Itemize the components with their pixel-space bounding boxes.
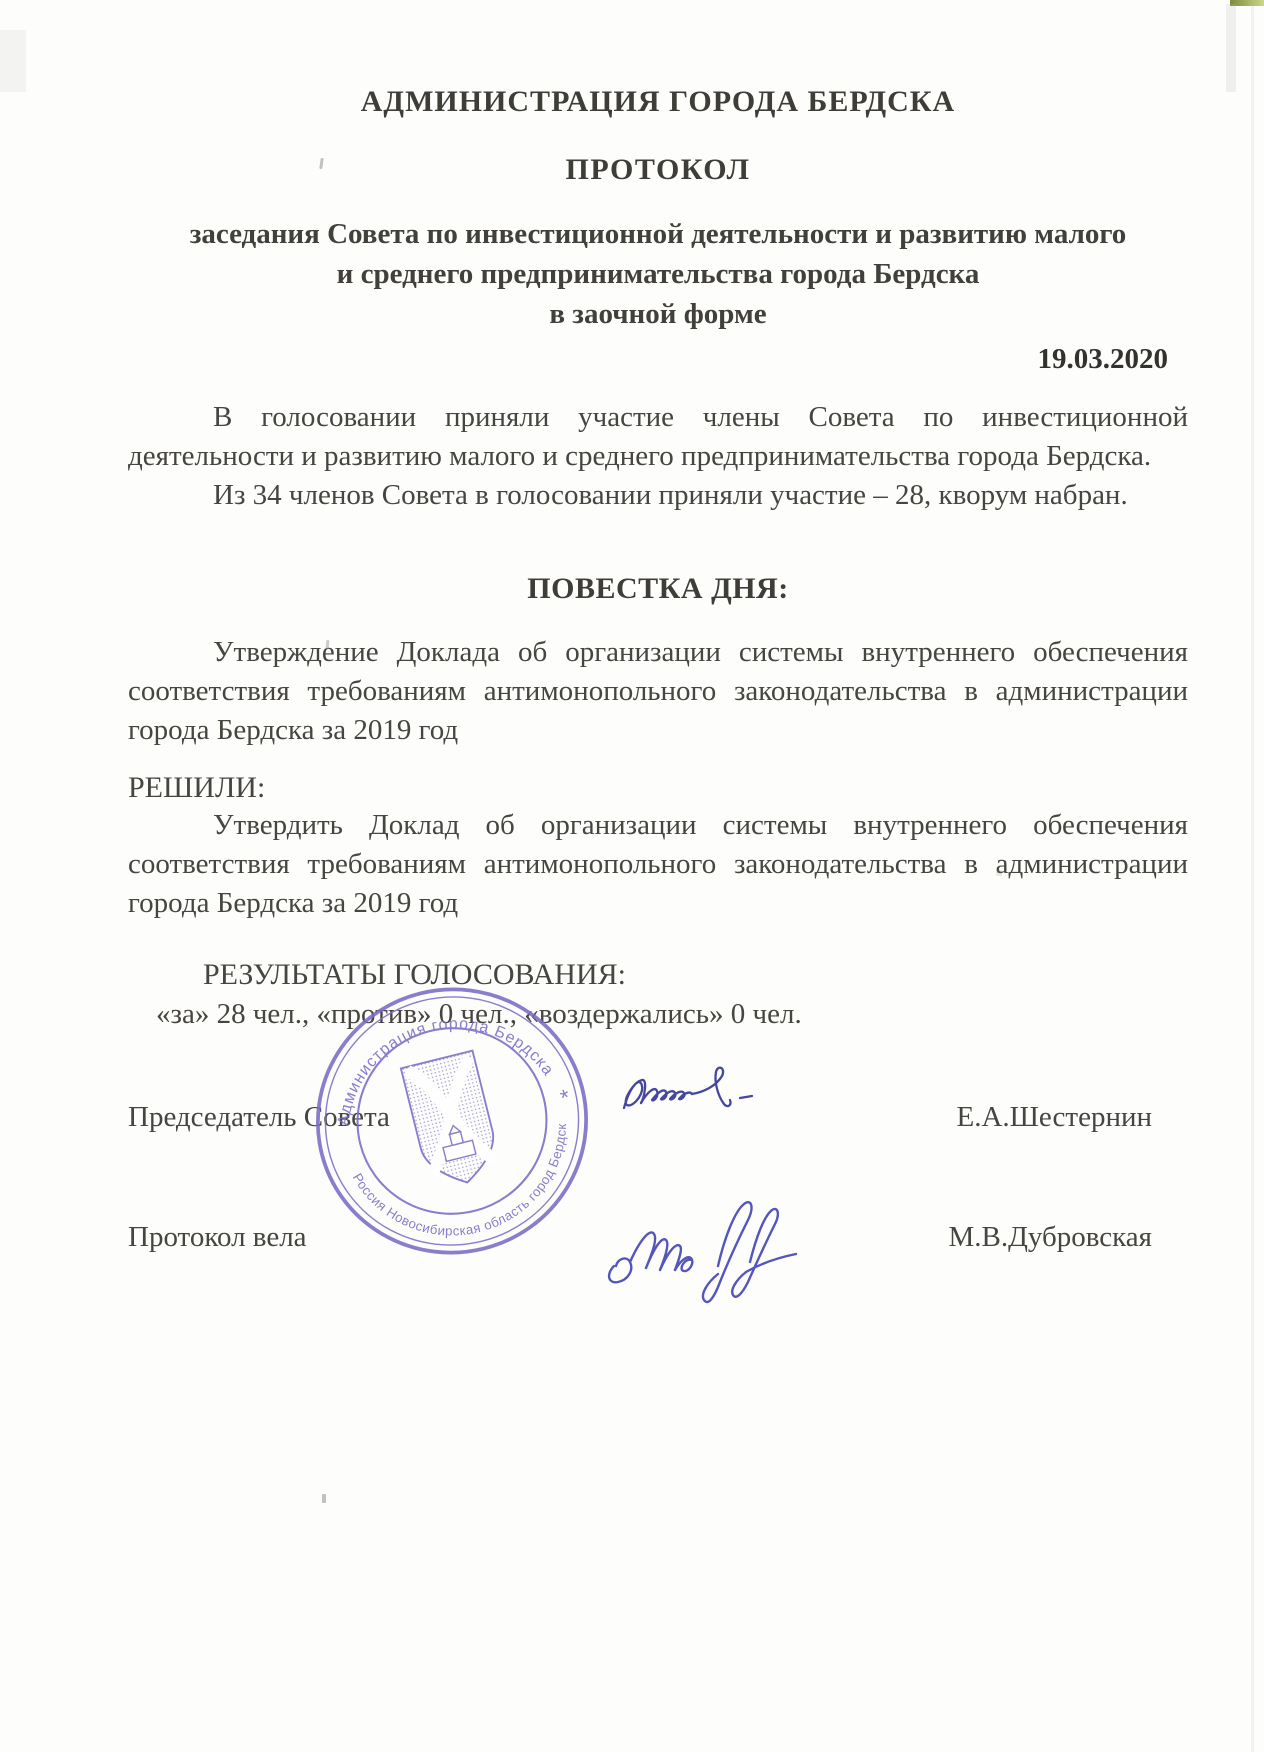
- voting-results-heading: РЕЗУЛЬТАТЫ ГОЛОСОВАНИЯ:: [128, 957, 1188, 993]
- decision-heading: РЕШИЛИ:: [128, 770, 1188, 806]
- subtitle-line: заседания Совета по инвестиционной деяте…: [128, 214, 1188, 254]
- organization-title: АДМИНИСТРАЦИЯ ГОРОДА БЕРДСКА: [128, 84, 1188, 120]
- scan-speck: [322, 1494, 326, 1503]
- quorum-line: Из 34 членов Совета в голосовании принял…: [128, 476, 1188, 515]
- document-date: 19.03.2020: [128, 342, 1188, 376]
- agenda-heading: ПОВЕСТКА ДНЯ:: [128, 571, 1188, 607]
- decision-paragraph: Утвердить Доклад об организации системы …: [128, 806, 1188, 923]
- scan-artifact-streak: [1226, 4, 1236, 92]
- signature-row-secretary: Протокол вела М.В.Дубровская: [128, 1218, 1188, 1256]
- voting-results-line: «за» 28 чел., «против» 0 чел., «воздержа…: [128, 995, 1188, 1034]
- scan-artifact-smudge: [0, 30, 26, 92]
- scan-artifact-edge-line: [1251, 0, 1254, 1752]
- signature-role: Протокол вела: [128, 1218, 307, 1256]
- scanned-protocol-page: АДМИНИСТРАЦИЯ ГОРОДА БЕРДСКА ПРОТОКОЛ за…: [0, 0, 1264, 1752]
- intro-paragraph: В голосовании приняли участие члены Сове…: [128, 398, 1188, 476]
- document-type-heading: ПРОТОКОЛ: [128, 152, 1188, 188]
- signature-name: Е.А.Шестернин: [957, 1098, 1188, 1136]
- subtitle-line: и среднего предпринимательства города Бе…: [128, 254, 1188, 294]
- scan-speck: [996, 870, 1002, 876]
- document-content: АДМИНИСТРАЦИЯ ГОРОДА БЕРДСКА ПРОТОКОЛ за…: [128, 84, 1188, 1256]
- document-subtitle: заседания Совета по инвестиционной деяте…: [128, 214, 1188, 334]
- agenda-item-paragraph: Утверждение Доклада об организации систе…: [128, 633, 1188, 750]
- signature-name: М.В.Дубровская: [948, 1218, 1188, 1256]
- signature-role: Председатель Совета: [128, 1098, 390, 1136]
- subtitle-line: в заочной форме: [128, 294, 1188, 334]
- signature-row-chairman: Председатель Совета Е.А.Шестернин: [128, 1098, 1188, 1136]
